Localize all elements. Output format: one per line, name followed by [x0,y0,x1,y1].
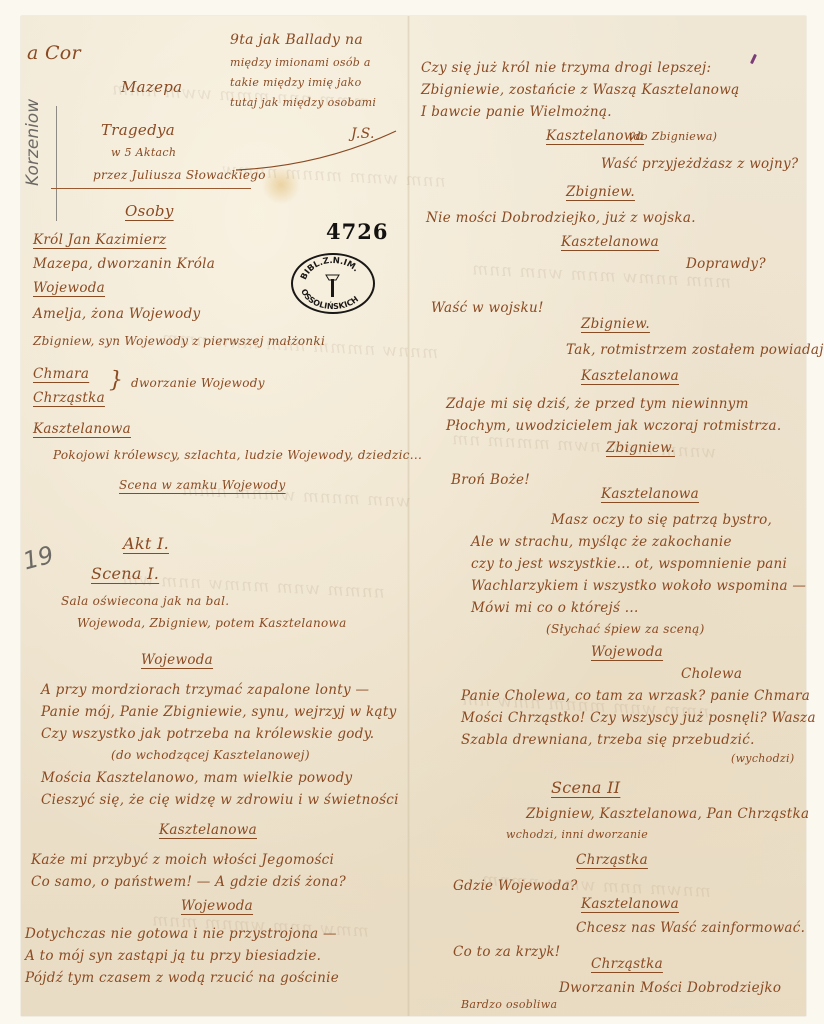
verse-line: Czy wszystko jak potrzeba na królewskie … [41,726,374,742]
scene-characters: Zbigniew, Kasztelanowa, Pan Chrząstka [526,806,809,822]
speaker-name: Chrząstka [591,956,663,972]
verse-line: Wachlarzykiem i wszystko wokoło wspomina… [471,578,806,594]
annotation-line: 9ta jak Ballady na [230,32,363,48]
speaker-name: Zbigniew. [566,184,635,200]
speaker-name: Zbigniew. [581,316,650,332]
speaker-name: Chrząstka [576,852,648,868]
verse-line: Dotychczas nie gotowa i nie przystrojona… [25,926,337,942]
verse-line: Zbigniewie, zostańcie z Waszą Kasztelano… [421,82,739,98]
cast-item: Chmara [33,366,89,382]
scene-heading: Scena II [551,778,620,797]
setting-note: Scena w zamku Wojewody [119,478,286,492]
scene-characters: Wojewoda, Zbigniew, potem Kasztelanowa [77,616,347,630]
cast-item: Wojewoda [33,280,105,296]
verse-line: A przy mordziorach trzymać zapalone lont… [41,682,369,698]
verse-line: Czy się już król nie trzyma drogi lepsze… [421,60,711,76]
folio-number: 19 [20,541,57,576]
verse-line: Co to za krzyk! [453,944,561,960]
speaker-name: Kasztelanowa [561,234,659,250]
verse-line: Mości Chrząstko! Czy wszyscy już posnęli… [461,710,816,726]
library-stamp: BIBL.Z.N.IM. OSSOLIŃSKICH [291,253,375,314]
annotation-line: takie między imię jako [230,76,362,89]
scene-heading: Scena I. [91,564,159,583]
verse-line: Gdzie Wojewoda? [453,878,578,894]
stage-direction: wchodzi, inni dworzanie [506,828,648,841]
scene-description: Sala oświecona jak na bal. [61,594,229,608]
catalog-number: 4726 [326,219,388,244]
verse-line: Płochym, uwodzicielem jak wczoraj rotmis… [446,418,782,434]
stage-direction: (wychodzi) [731,752,794,765]
pencil-margin-line [56,106,57,221]
verse-line: Broń Boże! [451,472,530,488]
verse-line: Pójdź tym czasem z wodą rzucić na gościn… [25,970,339,986]
verse-line: Bardzo osobliwa [461,998,557,1011]
verse-line: I bawcie panie Wielmożną. [421,104,612,120]
verse-line: Masz oczy to się patrzą bystro, [551,512,772,528]
stage-direction: (Słychać śpiew za sceną) [546,622,705,636]
cast-item: Pokojowi królewscy, szlachta, ludzie Woj… [53,448,422,462]
annotation-line: tutaj jak między osobami [230,96,376,109]
speaker-name: Kasztelanowa [601,486,699,502]
speaker-name: Kasztelanowa [159,822,257,838]
cast-group-note: dworzanie Wojewody [131,376,265,390]
verse-line: Doprawdy? [686,256,766,272]
brace-glyph: } [109,368,123,393]
verse-line: Cieszyć się, że cię widzę w zdrowiu i w … [41,792,399,808]
verse-line: Zdaje mi się dziś, że przed tym niewinny… [446,396,749,412]
verse-line: Każe mi przybyć z moich włości Jegomości [31,852,334,868]
cast-item: Amelja, żona Wojewody [33,306,200,322]
svg-text:BIBL.Z.N.IM.: BIBL.Z.N.IM. [299,256,360,282]
cast-heading: Osoby [125,202,174,220]
play-acts: w 5 Aktach [111,146,176,159]
addressee: Cholewa [681,666,742,682]
speaker-name: Kasztelanowa [581,896,679,912]
cast-item: Chrząstka [33,390,105,406]
speaker-name: Wojewoda [141,652,213,668]
title-rule [51,188,251,189]
verse-line: Chcesz nas Waść zainformować. [576,920,805,936]
purple-mark [750,54,757,64]
cast-item: Kasztelanowa [33,421,131,437]
speaker-name: Wojewoda [181,898,253,914]
manuscript-page: mmm nnn mmm wwm nmm nnm wmm mnnm nnmw mn… [21,16,806,1016]
cast-item: Król Jan Kazimierz [33,232,166,248]
speaker-name: Kasztelanowa [581,368,679,384]
stage-direction: (do wchodzącej Kasztelanowej) [111,748,310,762]
corner-note: a Cor [27,42,81,64]
speaker-name: Wojewoda [591,644,663,660]
play-genre: Tragedya [101,121,175,139]
verse-line: Tak, rotmistrzem zostałem powiadają [566,342,824,358]
cast-item: Mazepa, dworzanin Króla [33,256,215,272]
verse-line: Szabla drewniana, trzeba się przebudzić. [461,732,755,748]
speaker-name: Zbigniew. [606,440,675,456]
annotation-flourish [231,126,401,176]
cast-item: Zbigniew, syn Wojewody z pierwszej małżo… [33,334,325,348]
stamp-graphic: BIBL.Z.N.IM. OSSOLIŃSKICH [293,255,373,312]
bleed-through: wnnm mnm nwm mmnm nm [451,429,717,463]
verse-line: Nie mości Dobrodziejko, już z wojska. [426,210,696,226]
verse-line: Ale w strachu, myśląc że zakochanie [471,534,732,550]
verse-line: Dworzanin Mości Dobrodziejko [559,980,781,996]
verse-line: Panie Cholewa, co tam za wrzask? panie C… [461,688,810,704]
play-title: Mazepa [121,78,182,96]
verse-line: Waść przyjeżdżasz z wojny? [601,156,798,172]
stage-direction: (do Zbigniewa) [629,130,717,143]
verse-line: Waść w wojsku! [431,300,544,316]
annotation-line: między imionami osób a [230,56,371,69]
svg-text:OSSOLIŃSKICH: OSSOLIŃSKICH [299,288,360,312]
pencil-margin-note: Korzeniow [23,99,43,186]
verse-line: czy to jest wszystkie... ot, wspomnienie… [471,556,787,572]
verse-line: Mówi mi co o którejś ... [471,600,639,616]
verse-line: Co samo, o państwem! — A gdzie dziś żona… [31,874,346,890]
verse-line: Mościa Kasztelanowo, mam wielkie powody [41,770,352,786]
verse-line: A to mój syn zastąpi ją tu przy biesiadz… [25,948,321,964]
verse-line: Panie mój, Panie Zbigniewie, synu, wejrz… [41,704,397,720]
center-fold [407,16,410,1016]
act-heading: Akt I. [123,534,169,553]
